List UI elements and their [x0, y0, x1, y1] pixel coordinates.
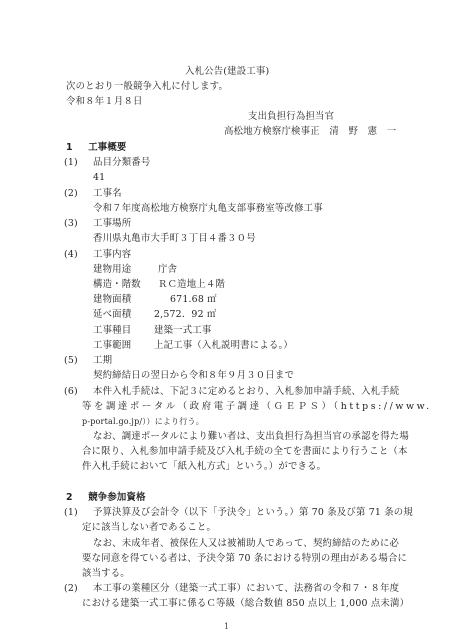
item-1-6-text: 本件入札手続は、下記３に定めるとおり、入札参加申請手続、入札手続: [93, 386, 399, 398]
item-2-1-text: 要な同意を得ている者は、予決令第 70 条における特別の理由がある場合に: [82, 553, 407, 565]
detail-value: 庁舎: [158, 264, 177, 276]
detail-key: 建物用途: [93, 264, 131, 276]
item-1-3-num: (3): [64, 218, 78, 230]
detail-value: 建築一式工事: [154, 325, 211, 337]
item-2-2-num: (2): [64, 583, 78, 595]
item-1-5-value: 契約締結日の翌日から令和８年９月３０日まで: [93, 370, 294, 382]
item-1-1-value: 41: [93, 172, 105, 184]
section2-number: 2: [66, 492, 73, 503]
document-page: 入札公告(建設工事) 次のとおり一般競争入札に付します。 令和８年１月８日 支出…: [0, 0, 452, 640]
detail-value: 2,572．92 ㎡: [154, 309, 217, 321]
issuer-role: 支出負担行為担当官: [248, 111, 334, 123]
item-1-4-num: (4): [64, 249, 78, 261]
item-2-2-text: における建築一式工事に係るＣ等級（総合数値 850 点以上 1,000 点未満）: [82, 598, 409, 610]
section1-number: 1: [66, 142, 73, 153]
intro-text: 次のとおり一般競争入札に付します。: [66, 81, 228, 93]
item-1-5-label: 工期: [93, 355, 112, 367]
item-2-1-text: なお、未成年者、被保佐人又は被補助人であって、契約締結のために必: [93, 538, 399, 550]
item-1-6-text: 等を調達ポータル（政府電子調達（ＧＥＰＳ）（https://www.: [82, 401, 432, 413]
issuer-name: 高松地方検察庁検事正 清 野 憲 一: [224, 126, 396, 138]
item-1-2-value: 令和７年度高松地方検察庁丸亀支部事務室等改修工事: [93, 203, 323, 215]
section2-heading: 2 競争参加資格: [66, 492, 146, 504]
section1-heading: 1 工事概要: [66, 142, 127, 154]
detail-key: 工事種目: [93, 325, 131, 337]
detail-value: 671.68 ㎡: [170, 294, 217, 306]
item-1-6-text: 合に限り、入札参加申請手続及び入札手続の全てを書面により行うこと（本: [82, 446, 408, 458]
item-2-2-text: 本工事の業種区分（建築一式工事）において、法務省の令和７・８年度: [93, 583, 399, 595]
item-2-1-num: (1): [64, 507, 78, 519]
detail-key: 建物面積: [93, 294, 131, 306]
item-1-3-value: 香川県丸亀市大手町３丁目４番３０号: [93, 233, 256, 245]
item-2-1-text: 該当する。: [82, 568, 130, 580]
page-number: 1: [224, 622, 229, 631]
section1-title: 工事概要: [88, 142, 126, 153]
section2-title: 競争参加資格: [88, 492, 145, 503]
detail-value: 上記工事（入札説明書による。）: [154, 340, 293, 352]
detail-key: 構造・階数: [93, 279, 141, 291]
item-1-4-label: 工事内容: [93, 249, 131, 261]
item-2-1-text: 定に該当しない者であること。: [82, 522, 216, 534]
item-1-1-label: 品目分類番号: [93, 157, 150, 169]
detail-value: ＲＣ造地上４階: [158, 279, 225, 291]
item-1-2-label: 工事名: [93, 188, 122, 200]
item-2-1-text: 予算決算及び会計令（以下「予決令」という。）第 70 条及び第 71 条の規: [93, 507, 413, 519]
item-1-1-num: (1): [64, 157, 78, 169]
item-1-2-num: (2): [64, 188, 78, 200]
notice-date: 令和８年１月８日: [66, 96, 143, 108]
detail-key: 工事範囲: [93, 340, 131, 352]
item-1-6-url: p-portal.go.jp/））により行う。: [82, 416, 204, 428]
document-title: 入札公告(建設工事): [185, 66, 269, 78]
detail-key: 延べ面積: [93, 309, 131, 321]
item-1-5-num: (5): [64, 355, 78, 367]
item-1-6-text: 件入札手続において「紙入札方式」という。）ができる。: [82, 461, 326, 473]
item-1-6-num: (6): [64, 386, 78, 398]
item-1-6-text: なお、調達ポータルにより難い者は、支出負担行為担当官の承認を得た場: [93, 431, 409, 443]
item-1-3-label: 工事場所: [93, 218, 131, 230]
